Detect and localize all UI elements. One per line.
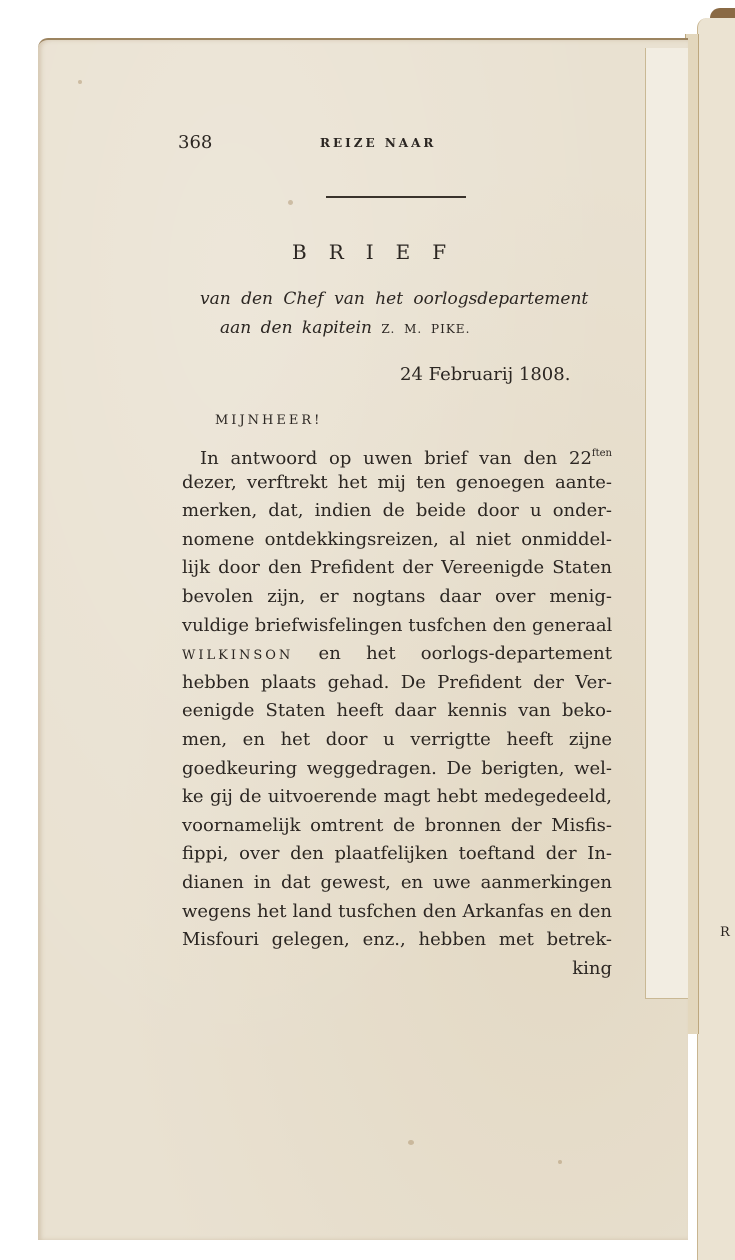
- subtitle-addressee-label: aan den kapitein: [220, 318, 372, 338]
- body-line: nomene ontdekkingsreizen, al niet onmidd…: [182, 526, 612, 555]
- body-line: Misfouri gelegen, enz., hebben met betre…: [182, 926, 612, 955]
- inserted-paper-strip: [645, 48, 688, 999]
- body-line: dezer, verftrekt het mij ten genoegen aa…: [182, 469, 612, 498]
- body-line: eenigde Staten heeft daar kennis van bek…: [182, 697, 612, 726]
- body-line: wegens het land tusfchen den Arkanfas en…: [182, 898, 612, 927]
- salutation: MIJNHEER!: [215, 413, 322, 428]
- subtitle-line-1: van den Chef van het oorlogsdepartement: [200, 289, 588, 309]
- body-line: hebben plaats gehad. De Prefident der Ve…: [182, 669, 612, 698]
- body-line: vuldige briefwisfelingen tusfchen den ge…: [182, 612, 612, 641]
- facing-page: [697, 18, 735, 1260]
- running-head: REIZE NAAR: [320, 136, 436, 150]
- page-number: 368: [178, 132, 212, 153]
- body-line: In antwoord op uwen brief van den 22ften: [182, 440, 612, 469]
- body-line: dianen in dat gewest, en uwe aanmerkinge…: [182, 869, 612, 898]
- body-line: goedkeuring weggedragen. De berigten, we…: [182, 755, 612, 784]
- subtitle-line-2: aan den kapitein Z. M. PIKE.: [220, 318, 470, 338]
- subtitle-addressee-name: Z. M. PIKE.: [381, 322, 470, 336]
- letter-body: In antwoord op uwen brief van den 22ften…: [182, 440, 612, 983]
- body-line: ke gij de uitvoerende magt hebt medegede…: [182, 783, 612, 812]
- letter-title: BRIEF: [292, 240, 468, 264]
- body-line: bevolen zijn, er nogtans daar over menig…: [182, 583, 612, 612]
- body-line: voornamelijk omtrent de bronnen der Misf…: [182, 812, 612, 841]
- body-line: men, en het door u verrigtte heeft zijne: [182, 726, 612, 755]
- body-line: merken, dat, indien de beide door u onde…: [182, 497, 612, 526]
- catchword: king: [182, 955, 612, 984]
- letter-date: 24 Februarij 1808.: [400, 364, 570, 385]
- body-line: lijk door den Prefident der Vereenigde S…: [182, 554, 612, 583]
- title-rule: [326, 196, 466, 198]
- body-line: fippi, over den plaatfelijken toeftand d…: [182, 840, 612, 869]
- body-line: WILKINSON en het oorlogs-departement: [182, 640, 612, 669]
- facing-page-letter: R: [720, 925, 731, 940]
